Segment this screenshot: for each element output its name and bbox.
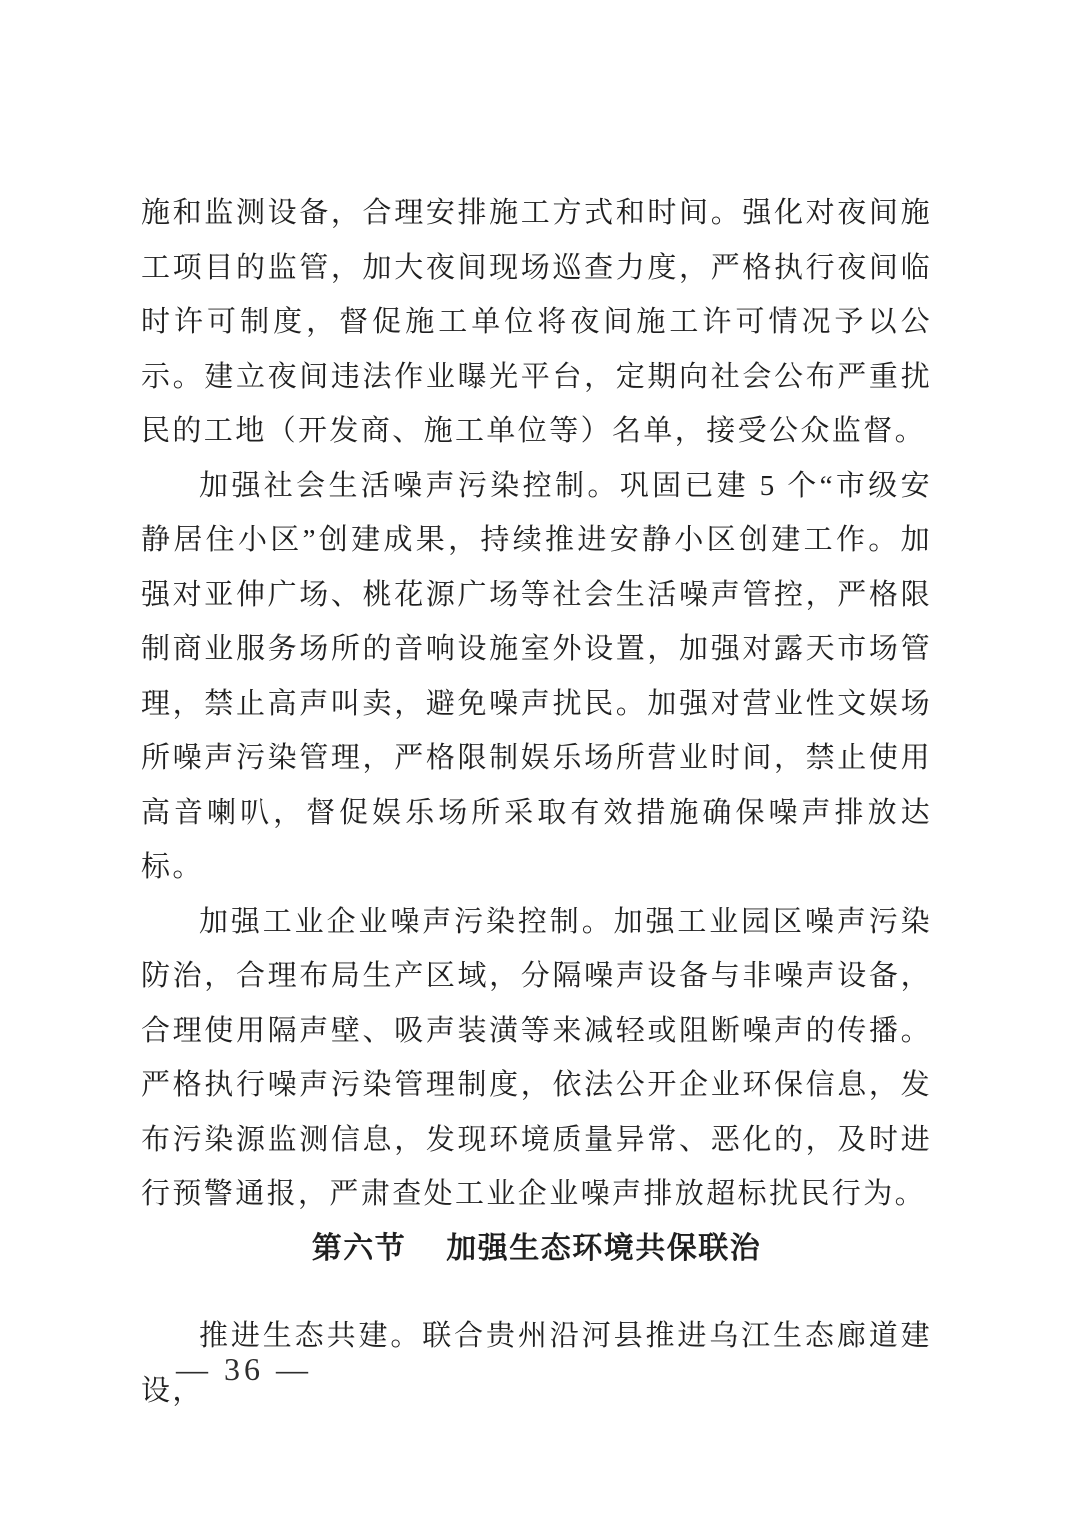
page-number: — 36 — bbox=[176, 1351, 312, 1387]
section-number-label: 第六节 bbox=[312, 1232, 407, 1265]
body-paragraph-social-life-noise: 加强社会生活噪声污染控制。巩固已建 5 个“市级安静居住小区”创建成果，持续推进… bbox=[141, 459, 932, 895]
body-paragraph-construction-noise: 施和监测设备，合理安排施工方式和时间。强化对夜间施工项目的监管，加大夜间现场巡查… bbox=[141, 186, 932, 459]
body-paragraph-industrial-noise: 加强工业企业噪声污染控制。加强工业园区噪声污染防治，合理布局生产区域，分隔噪声设… bbox=[141, 895, 932, 1222]
page-footer: — 36 — bbox=[176, 1347, 312, 1391]
section-title: 加强生态环境共保联治 bbox=[446, 1232, 761, 1265]
page-content: 施和监测设备，合理安排施工方式和时间。强化对夜间施工项目的监管，加大夜间现场巡查… bbox=[141, 186, 932, 1418]
document-page: 施和监测设备，合理安排施工方式和时间。强化对夜间施工项目的监管，加大夜间现场巡查… bbox=[0, 0, 1074, 1520]
section-heading: 第六节加强生态环境共保联治 bbox=[141, 1222, 932, 1277]
